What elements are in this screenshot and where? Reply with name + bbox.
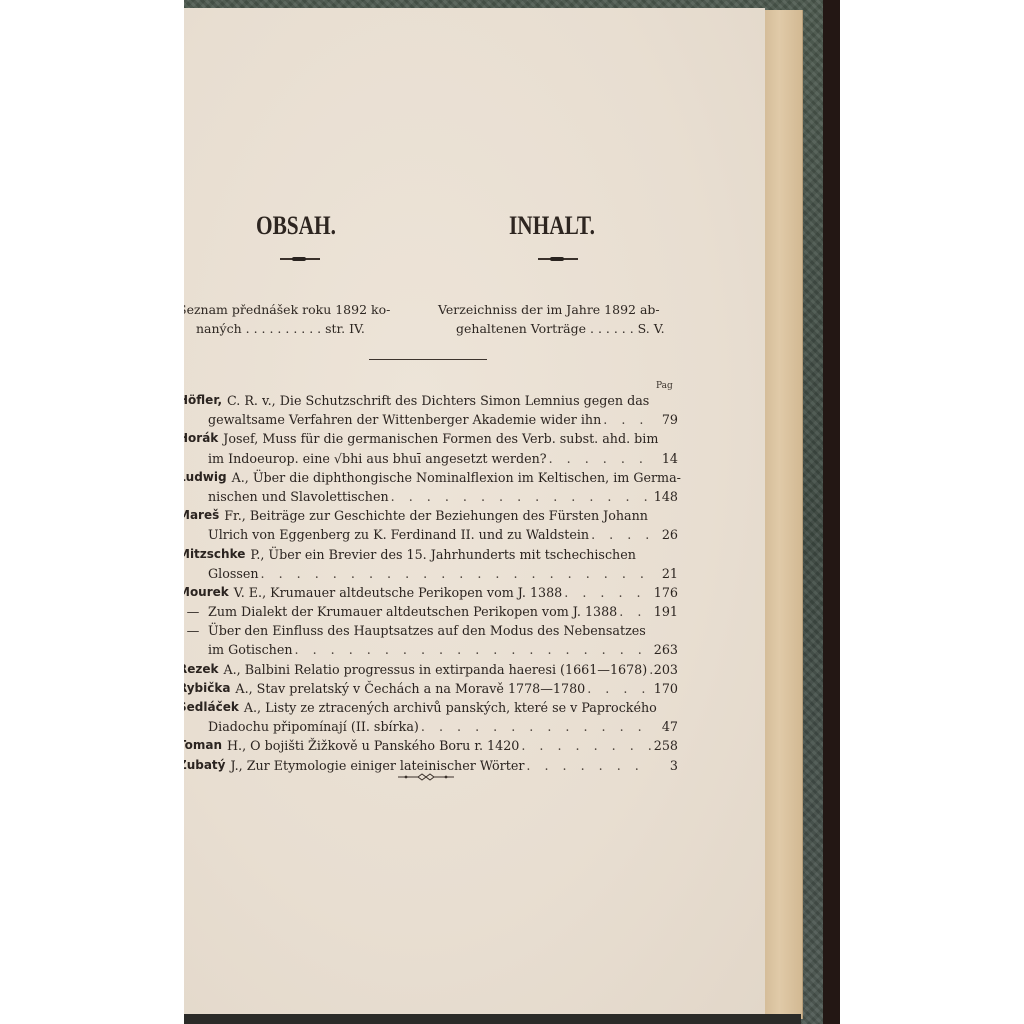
toc-entry-line: Glossen21 [184, 564, 678, 583]
toc-title: Glossen [208, 564, 259, 583]
toc-page-number: 14 [654, 449, 678, 468]
toc-page-number: 203 [654, 660, 678, 679]
toc-entry-line: Diadochu připomínají (II. sbírka)47 [184, 717, 678, 736]
toc-title: P., Über ein Brevier des 15. Jahrhundert… [250, 545, 636, 564]
indent [184, 410, 208, 429]
toc-author: Toman [184, 736, 222, 755]
toc-entry-line: Höfler,C. R. v., Die Schutzschrift des D… [184, 391, 678, 410]
heading-ornament-german [538, 258, 578, 260]
toc-page-number: 258 [654, 736, 678, 755]
toc-title: C. R. v., Die Schutzschrift des Dichters… [227, 391, 649, 410]
toc-title: A., Stav prelatský v Čechách a na Moravě… [235, 679, 585, 698]
toc-author: Höfler, [184, 391, 222, 410]
toc-title: Ulrich von Eggenberg zu K. Ferdinand II.… [208, 525, 589, 544]
toc-page-number: 79 [654, 410, 678, 429]
toc-page-number: 170 [654, 679, 678, 698]
toc-author: Mitzschke [184, 545, 245, 564]
indent [184, 564, 208, 583]
dot-leader [524, 756, 654, 775]
toc-author: Rybička [184, 679, 230, 698]
toc-entry: MourekV. E., Krumauer altdeutsche Periko… [184, 583, 678, 602]
toc-page-number: 191 [654, 602, 678, 621]
toc-title: Über den Einfluss des Hauptsatzes auf de… [208, 621, 646, 640]
heading-ornament-czech [280, 258, 320, 260]
toc-page-number: 263 [654, 640, 678, 659]
title-row: OBSAH. INHALT. [184, 211, 765, 251]
book-cover-edge [823, 0, 840, 1024]
intro-czech: Seznam přednášek roku 1892 ko- naných . … [184, 300, 390, 338]
toc-entry-line: im Gotischen263 [184, 640, 678, 659]
toc-entry-line: —Zum Dialekt der Krumauer altdeutschen P… [184, 602, 678, 621]
dot-leader [259, 564, 654, 583]
toc-title: J., Zur Etymologie einiger lateinischer … [231, 756, 525, 775]
toc-entry: RezekA., Balbini Relatio progressus in e… [184, 660, 678, 679]
toc-entry: Höfler,C. R. v., Die Schutzschrift des D… [184, 391, 678, 429]
dot-leader [601, 410, 654, 429]
toc-author: Ludwig [184, 468, 227, 487]
toc-page-number: 176 [654, 583, 678, 602]
toc-entry: —Zum Dialekt der Krumauer altdeutschen P… [184, 602, 678, 621]
toc-page-number: 148 [654, 487, 678, 506]
toc-author: Zubatý [184, 756, 226, 775]
section-divider-rule [369, 359, 487, 360]
dot-leader [293, 640, 654, 659]
toc-entry-line: RybičkaA., Stav prelatský v Čechách a na… [184, 679, 678, 698]
toc-page-number: 26 [654, 525, 678, 544]
table-of-contents: Höfler,C. R. v., Die Schutzschrift des D… [184, 391, 678, 775]
toc-title: gewaltsame Verfahren der Wittenberger Ak… [208, 410, 601, 429]
toc-entry-line: LudwigA., Über die diphthongische Nomina… [184, 468, 678, 487]
toc-entry: LudwigA., Über die diphthongische Nomina… [184, 468, 678, 506]
toc-title: H., O bojišti Žižkově u Panského Boru r.… [227, 736, 519, 755]
toc-title: im Indoeurop. eine √bhi aus bhuī angeset… [208, 449, 547, 468]
toc-title: V. E., Krumauer altdeutsche Perikopen vo… [234, 583, 563, 602]
toc-entry-line: MourekV. E., Krumauer altdeutsche Periko… [184, 583, 678, 602]
indent [184, 487, 208, 506]
toc-entry-line: gewaltsame Verfahren der Wittenberger Ak… [184, 410, 678, 429]
toc-author: Horák [184, 429, 218, 448]
toc-entry-line: MarešFr., Beiträge zur Geschichte der Be… [184, 506, 678, 525]
toc-entry: MitzschkeP., Über ein Brevier des 15. Ja… [184, 545, 678, 583]
intro-german-line1: Verzeichniss der im Jahre 1892 ab- [438, 300, 665, 319]
toc-entry-line: MitzschkeP., Über ein Brevier des 15. Ja… [184, 545, 678, 564]
toc-author: Sedláček [184, 698, 239, 717]
toc-author: Mourek [184, 583, 229, 602]
toc-entry: RybičkaA., Stav prelatský v Čechách a na… [184, 679, 678, 698]
toc-entry-line: Ulrich von Eggenberg zu K. Ferdinand II.… [184, 525, 678, 544]
indent [184, 525, 208, 544]
toc-title: Fr., Beiträge zur Geschichte der Beziehu… [224, 506, 648, 525]
toc-entry: SedláčekA., Listy ze ztracených archivů … [184, 698, 678, 736]
ditto-dash: — [184, 602, 208, 621]
toc-author: Mareš [184, 506, 219, 525]
indent [184, 640, 208, 659]
toc-entry-line: nischen und Slavolettischen148 [184, 487, 678, 506]
heading-german: INHALT. [509, 211, 595, 241]
dot-leader [589, 525, 654, 544]
toc-entry: —Über den Einfluss des Hauptsatzes auf d… [184, 621, 678, 659]
toc-entry-line: RezekA., Balbini Relatio progressus in e… [184, 660, 678, 679]
book-page: OBSAH. INHALT. Seznam přednášek roku 189… [184, 8, 765, 1014]
dot-leader [617, 602, 654, 621]
indent [184, 449, 208, 468]
toc-entry-line: —Über den Einfluss des Hauptsatzes auf d… [184, 621, 678, 640]
dot-leader [562, 583, 654, 602]
ditto-dash: — [184, 621, 208, 640]
toc-page-number: 3 [654, 756, 678, 775]
intro-czech-line1: Seznam přednášek roku 1892 ko- [184, 300, 390, 319]
end-ornament-icon [398, 772, 454, 782]
toc-entry-line: im Indoeurop. eine √bhi aus bhuī angeset… [184, 449, 678, 468]
toc-page-number: 21 [654, 564, 678, 583]
intro-czech-line2: naných . . . . . . . . . . str. IV. [184, 319, 390, 338]
toc-title: A., Listy ze ztracených archivů panských… [244, 698, 657, 717]
toc-title: Josef, Muss für die germanischen Formen … [223, 429, 658, 448]
toc-title: Zum Dialekt der Krumauer altdeutschen Pe… [208, 602, 617, 621]
toc-title: nischen und Slavolettischen [208, 487, 389, 506]
page-column-label: Pag [656, 381, 673, 391]
toc-entry: MarešFr., Beiträge zur Geschichte der Be… [184, 506, 678, 544]
toc-author: Rezek [184, 660, 218, 679]
toc-entry-line: HorákJosef, Muss für die germanischen Fo… [184, 429, 678, 448]
toc-entry-line: TomanH., O bojišti Žižkově u Panského Bo… [184, 736, 678, 755]
endpaper-strip [763, 10, 803, 1019]
page-bottom-shadow [184, 1014, 801, 1024]
toc-title: A., Balbini Relatio progressus in extirp… [223, 660, 647, 679]
intro-german: Verzeichniss der im Jahre 1892 ab- gehal… [438, 300, 665, 338]
toc-entry: HorákJosef, Muss für die germanischen Fo… [184, 429, 678, 467]
toc-entry-line: SedláčekA., Listy ze ztracených archivů … [184, 698, 678, 717]
toc-title: A., Über die diphthongische Nominalflexi… [232, 468, 681, 487]
dot-leader [585, 679, 654, 698]
heading-czech: OBSAH. [256, 211, 336, 241]
indent [184, 717, 208, 736]
dot-leader [419, 717, 654, 736]
toc-title: im Gotischen [208, 640, 293, 659]
toc-title: Diadochu připomínají (II. sbírka) [208, 717, 419, 736]
dot-leader [389, 487, 654, 506]
dot-leader [547, 449, 654, 468]
dot-leader [519, 736, 653, 755]
toc-page-number: 47 [654, 717, 678, 736]
intro-german-line2: gehaltenen Vorträge . . . . . . S. V. [438, 319, 665, 338]
toc-entry: TomanH., O bojišti Žižkově u Panského Bo… [184, 736, 678, 755]
